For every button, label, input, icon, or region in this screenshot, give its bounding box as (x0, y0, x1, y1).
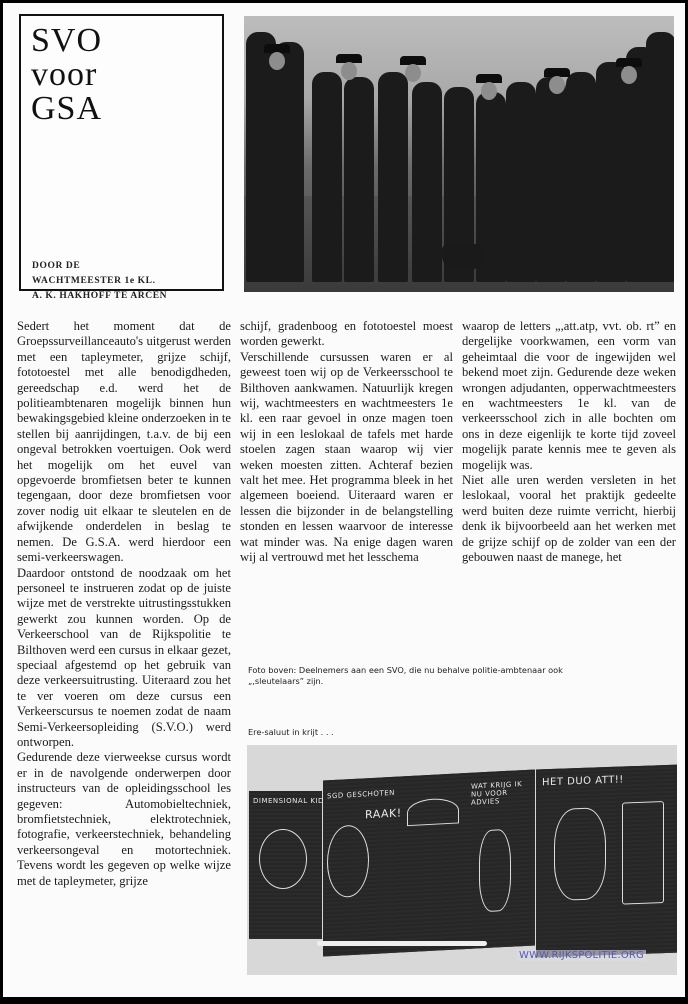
chalk-text: DIMENSIONAL KID (253, 797, 324, 805)
photo-bottom-caption: Ere-saluut in krijt . . . (248, 727, 334, 738)
title-line: SVO (31, 24, 102, 58)
text-column-3: waarop de letters „,att.atp, vvt. ob. rt… (462, 319, 676, 566)
chalkboard-panel: HET DUO ATT!! (536, 764, 677, 957)
chalkboard-photo: DIMENSIONAL KID SGD GESCHOTEN RAAK! WAT … (247, 745, 677, 975)
chalk-bulb-drawing (327, 824, 369, 898)
chalk-ledge (317, 941, 487, 946)
officer-figure (536, 77, 566, 282)
chalkboard-panel: DIMENSIONAL KID (249, 791, 322, 939)
paragraph: Verschillende cursussen waren er al gewe… (240, 350, 453, 566)
chalk-text: WAT KRIJG IK NU VOOR ADVIES (471, 780, 531, 807)
officers-group-photo (244, 16, 674, 292)
scanned-page: SVO voor GSA DOOR DE WACHTMEESTER 1e KL.… (3, 3, 685, 997)
byline-line: DOOR DE (32, 259, 167, 274)
chalk-text: HET DUO ATT!! (542, 774, 624, 788)
officer-face (405, 64, 421, 82)
chalk-text: SGD GESCHOTEN (327, 789, 395, 801)
chalkboard-panel: SGD GESCHOTEN RAAK! WAT KRIJG IK NU VOOR… (323, 769, 535, 956)
article-title: SVO voor GSA (31, 24, 102, 126)
paragraph: Daardoor ontstond de noodzaak om het per… (17, 566, 231, 751)
chalk-officer-drawing (479, 829, 511, 913)
paragraph: waarop de letters „,att.atp, vvt. ob. rt… (462, 319, 676, 473)
text-column-1: Sedert het moment dat de Groepssurveilla… (17, 319, 231, 889)
byline-line: A. K. HAKHOFF TE ARCEN (32, 289, 167, 304)
officer-figure (312, 72, 342, 282)
officer-figure (646, 32, 674, 282)
paragraph: Sedert het moment dat de Groepssurveilla… (17, 319, 231, 566)
chalk-umbrella-drawing (407, 797, 459, 826)
paragraph: Gedurende deze vierweekse cursus wordt e… (17, 750, 231, 889)
officer-face (621, 66, 637, 84)
chalk-figure-drawing (554, 807, 606, 901)
officer-face (549, 76, 565, 94)
chalk-face-drawing (259, 829, 307, 889)
title-line: GSA (31, 92, 102, 126)
basket (442, 244, 484, 270)
officer-face (341, 62, 357, 80)
chalk-door-drawing (622, 801, 664, 904)
title-box: SVO voor GSA DOOR DE WACHTMEESTER 1e KL.… (19, 14, 224, 291)
officer-figure (596, 62, 626, 282)
paragraph: Niet alle uren werden versleten in het l… (462, 473, 676, 565)
officer-figure (378, 72, 408, 282)
officer-figure (412, 82, 442, 282)
watermark: WWW.RIJKSPOLITIE.ORG (517, 950, 646, 961)
text-column-2: schijf, gradenboog en fototoestel moest … (240, 319, 453, 566)
title-line: voor (31, 58, 102, 92)
officer-face (481, 82, 497, 100)
officer-figure (246, 32, 276, 282)
byline-line: WACHTMEESTER 1e KL. (32, 274, 167, 289)
byline: DOOR DE WACHTMEESTER 1e KL. A. K. HAKHOF… (32, 259, 167, 304)
officer-figure (506, 82, 536, 282)
officer-figure (344, 77, 374, 282)
paragraph: schijf, gradenboog en fototoestel moest … (240, 319, 453, 350)
chalk-text: RAAK! (365, 806, 402, 821)
officer-figure (274, 42, 304, 282)
officer-figure (566, 72, 596, 282)
photo-top-caption: Foto boven: Deelnemers aan een SVO, die … (248, 665, 608, 687)
officer-face (269, 52, 285, 70)
